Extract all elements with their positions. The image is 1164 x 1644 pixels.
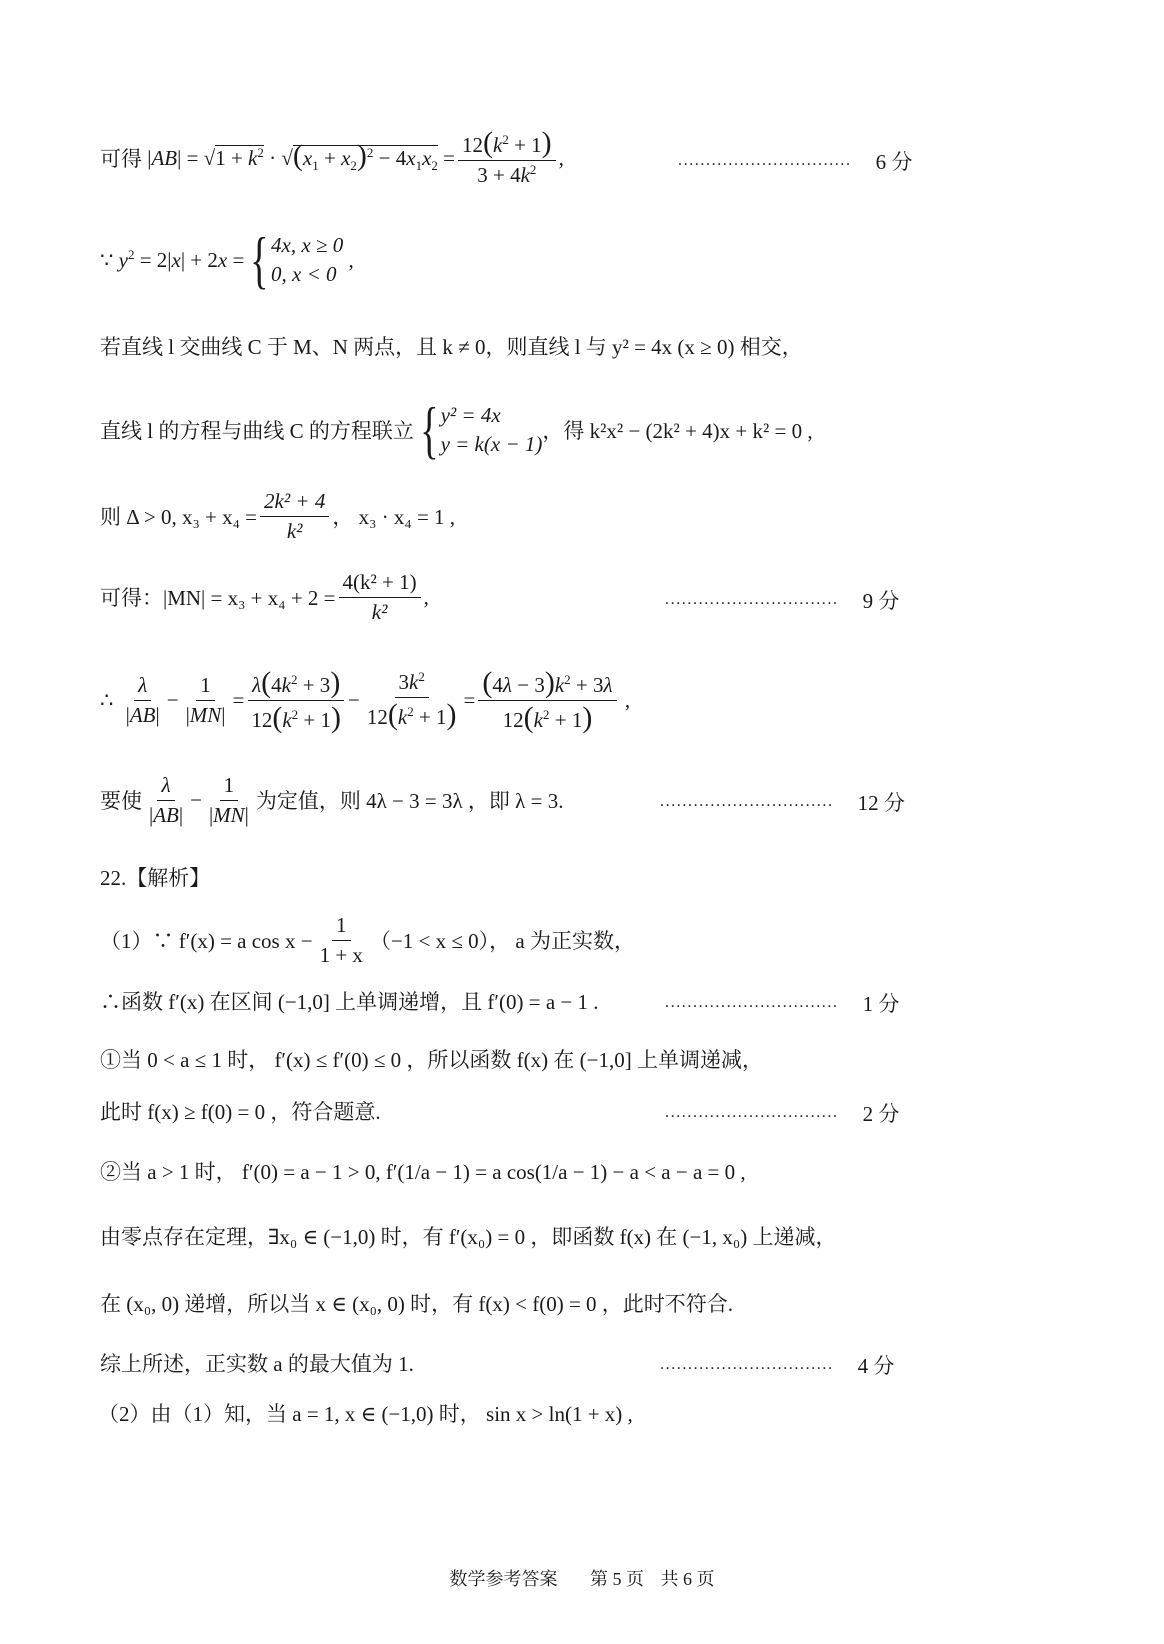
lambda-term: λ(4k2 + 3)12(k2 + 1) [247,668,345,733]
because-formula: ∵ y2 = 2|x| + 2x = [100,247,244,273]
score-label: 6 分 [876,146,913,176]
lambda-result-line: 要使 λ|AB| − 1|MN| 为定值，则 4λ − 3 = 3λ ，即 λ … [100,765,563,835]
lambda-expression-line: ∴ λ|AB| − 1|MN| = λ(4k2 + 3)12(k2 + 1) −… [100,660,630,740]
case2-conclusion-line: 在 (x₀, 0) 递增，所以当 x ∈ (x₀, 0) 时，有 f(x) < … [100,1287,733,1319]
system-prefix: 直线 l 的方程与曲线 C 的方程联立 [100,415,414,445]
footer-page: 第 5 页 [590,1569,644,1589]
k-term: 3k212(k2 + 1) [363,670,461,729]
system-suffix: ，得 k²x² − (2k² + 4)x + k² = 0 , [542,415,812,445]
lambda-result-suffix: 为定值，则 4λ − 3 = 3λ ，即 λ = 3. [256,785,564,815]
score-1: ............................... 1 分 [665,988,899,1018]
intersect-condition-line: 若直线 l 交曲线 C 于 M、N 两点，且 k ≠ 0，则直线 l 与 y² … [100,330,803,362]
part1-derivative-line: （1）∵ f′(x) = a cos x − 11 + x （−1 < x ≤ … [100,910,635,970]
score-12: ............................... 12 分 [660,787,905,817]
piecewise-cases: {4x, x ≥ 00, x < 0 [244,228,343,292]
case2-line: ②当 a > 1 时， f′(0) = a − 1 > 0, f′(1/a − … [100,1145,746,1197]
part1-suffix: （−1 < x ≤ 0）， a 为正实数， [370,925,635,955]
system-cases: {y² = 4xy = k(x − 1) [414,398,543,462]
leader-dots: ............................... [660,1356,834,1374]
q22-heading: 22.【解析】 [100,862,210,892]
vieta-line: 则 Δ > 0, x₃ + x₄ = 2k² + 4k² ， x₃ · x₄ =… [100,485,455,547]
mn-fraction: 4(k² + 1)k² [339,570,421,623]
score-label: 9 分 [863,585,900,615]
mn-suffix: , [424,585,429,610]
part1-prefix: （1）∵ f′(x) = a cos x − [100,925,313,955]
vieta-fraction: 2k² + 4k² [260,489,329,542]
part2-line: （2）由（1）知，当 a = 1, x ∈ (−1,0) 时， sin x > … [98,1397,633,1429]
score-label: 2 分 [863,1098,900,1128]
page-footer: 数学参考答案 第 5 页 共 6 页 [0,1565,1164,1591]
leader-dots: ............................... [678,152,852,170]
system-eq-2: y = k(x − 1) [441,430,543,459]
leader-dots: ............................... [665,591,839,609]
leader-dots: ............................... [660,793,834,811]
case-2: 0, x < 0 [271,260,343,289]
score-6: ............................... 6 分 [678,146,912,176]
intersect-text: 若直线 l 交曲线 C 于 M、N 两点，且 k ≠ 0，则直线 l 与 y² … [100,331,803,361]
footer-total: 共 6 页 [661,1569,715,1589]
leader-dots: ............................... [665,994,839,1012]
lambda-over-ab: λ|AB| [122,673,164,726]
lambda-result-prefix: 要使 [100,785,142,815]
leader-dots: ............................... [665,1104,839,1122]
summary-line: 综上所述，正实数 a 的最大值为 1. [100,1347,414,1379]
part1-fraction: 11 + x [316,913,367,966]
case1-line: ①当 0 < a ≤ 1 时， f′(x) ≤ f′(0) ≤ 0 ，所以函数 … [100,1043,763,1075]
mn-prefix: 可得：|MN| = x₃ + x₄ + 2 = [100,582,336,612]
score-2: ............................... 2 分 [665,1098,899,1128]
case1-conclusion-line: 此时 f(x) ≥ f(0) = 0 ，符合题意. [100,1095,381,1127]
one-over-mn: 1|MN| [205,773,253,826]
ab-prefix: 可得 [100,143,142,173]
lambda-over-ab: λ|AB| [145,773,187,826]
ab-length-line: 可得 |AB| = √1 + k2 · √(x1 + x2)2 − 4x1x2 … [100,128,564,188]
one-over-mn: 1|MN| [182,673,230,726]
curve-piecewise-line: ∵ y2 = 2|x| + 2x = {4x, x ≥ 00, x < 0 , [100,225,354,295]
combined-term: (4λ − 3)k2 + 3λ12(k2 + 1) [478,668,616,733]
case-1: 4x, x ≥ 0 [271,231,343,260]
score-label: 4 分 [858,1350,895,1380]
score-label: 1 分 [863,988,900,1018]
mn-length-line: 可得：|MN| = x₃ + x₄ + 2 = 4(k² + 1)k² , [100,565,429,629]
vieta-prefix: 则 Δ > 0, x₃ + x₄ = [100,501,257,531]
system-line: 直线 l 的方程与曲线 C 的方程联立 {y² = 4xy = k(x − 1)… [100,395,813,465]
monotonic-line: ∴函数 f′(x) 在区间 (−1,0] 上单调递增，且 f′(0) = a −… [100,985,598,1017]
vieta-suffix: ， x₃ · x₄ = 1 , [332,501,455,531]
system-eq-1: y² = 4x [441,401,543,430]
ab-formula: |AB| = √1 + k2 · √(x1 + x2)2 − 4x1x2 = [142,141,455,174]
score-9: ............................... 9 分 [665,585,899,615]
footer-title: 数学参考答案 [450,1569,558,1589]
score-4: ............................... 4 分 [660,1350,894,1380]
zero-theorem-line: 由零点存在定理，∃x₀ ∈ (−1,0) 时，有 f′(x₀) = 0 ，即函数… [100,1220,836,1252]
ab-fraction: 12(k2 + 1)3 + 4k2 [458,128,556,187]
score-label: 12 分 [858,787,905,817]
